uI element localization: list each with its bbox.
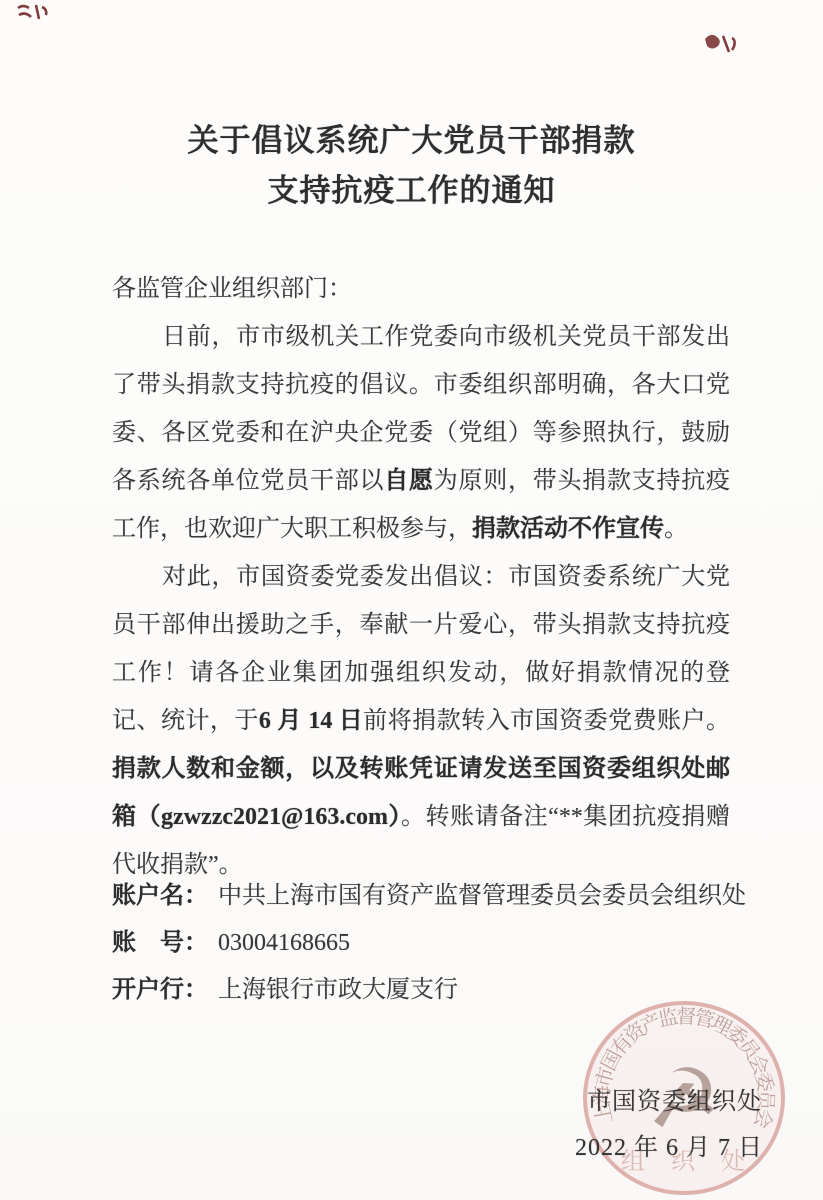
paragraph-1: 日前，市市级机关工作党委向市级机关党员干部发出了带头捐款支持抗疫的倡议。市委组织…: [112, 313, 730, 553]
paragraph-2: 对此，市国资委党委发出倡议：市国资委系统广大党员干部伸出援助之手，奉献一片爱心，…: [112, 553, 730, 889]
notice-document-page: 关于倡议系统广大党员干部捐款 支持抗疫工作的通知 各监管企业组织部门： 日前，市…: [0, 0, 823, 1200]
emphasis-text: 捐款活动不作宣传: [472, 516, 664, 542]
scan-artifact-mark-top-right: [701, 30, 739, 58]
bank-branch-value: 上海银行市政大厦支行: [218, 977, 458, 1003]
signature-date: 2022 年 6 月 7 日: [575, 1127, 763, 1162]
document-body: 各监管企业组织部门： 日前，市市级机关工作党委向市级机关党员干部发出了带头捐款支…: [112, 265, 730, 889]
account-number-row: 账 号：03004168665: [112, 920, 746, 967]
scan-artifact-mark-top-left: [16, 2, 50, 24]
body-text: 。: [664, 516, 688, 542]
bank-branch-label: 开户行：: [112, 977, 208, 1003]
account-name-label: 账户名：: [112, 883, 208, 909]
account-name-value: 中共上海市国有资产监督管理委员会委员会组织处: [218, 883, 746, 909]
account-number-value: 03004168665: [218, 930, 350, 956]
signature-org: 市国资委组织处: [587, 1081, 762, 1116]
salutation: 各监管企业组织部门：: [112, 265, 730, 313]
account-name-row: 账户名：中共上海市国有资产监督管理委员会委员会组织处: [112, 873, 746, 920]
body-text: 前将捐款转入市国资委党费账户。: [363, 708, 730, 734]
emphasis-text: 6 月 14 日: [259, 708, 363, 734]
account-number-label: 账 号：: [112, 930, 208, 956]
document-title: 关于倡议系统广大党员干部捐款 支持抗疫工作的通知: [0, 116, 823, 216]
emphasis-text: 自愿: [384, 468, 434, 494]
document-title-line1: 关于倡议系统广大党员干部捐款: [0, 116, 823, 166]
document-title-line2: 支持抗疫工作的通知: [0, 166, 823, 216]
